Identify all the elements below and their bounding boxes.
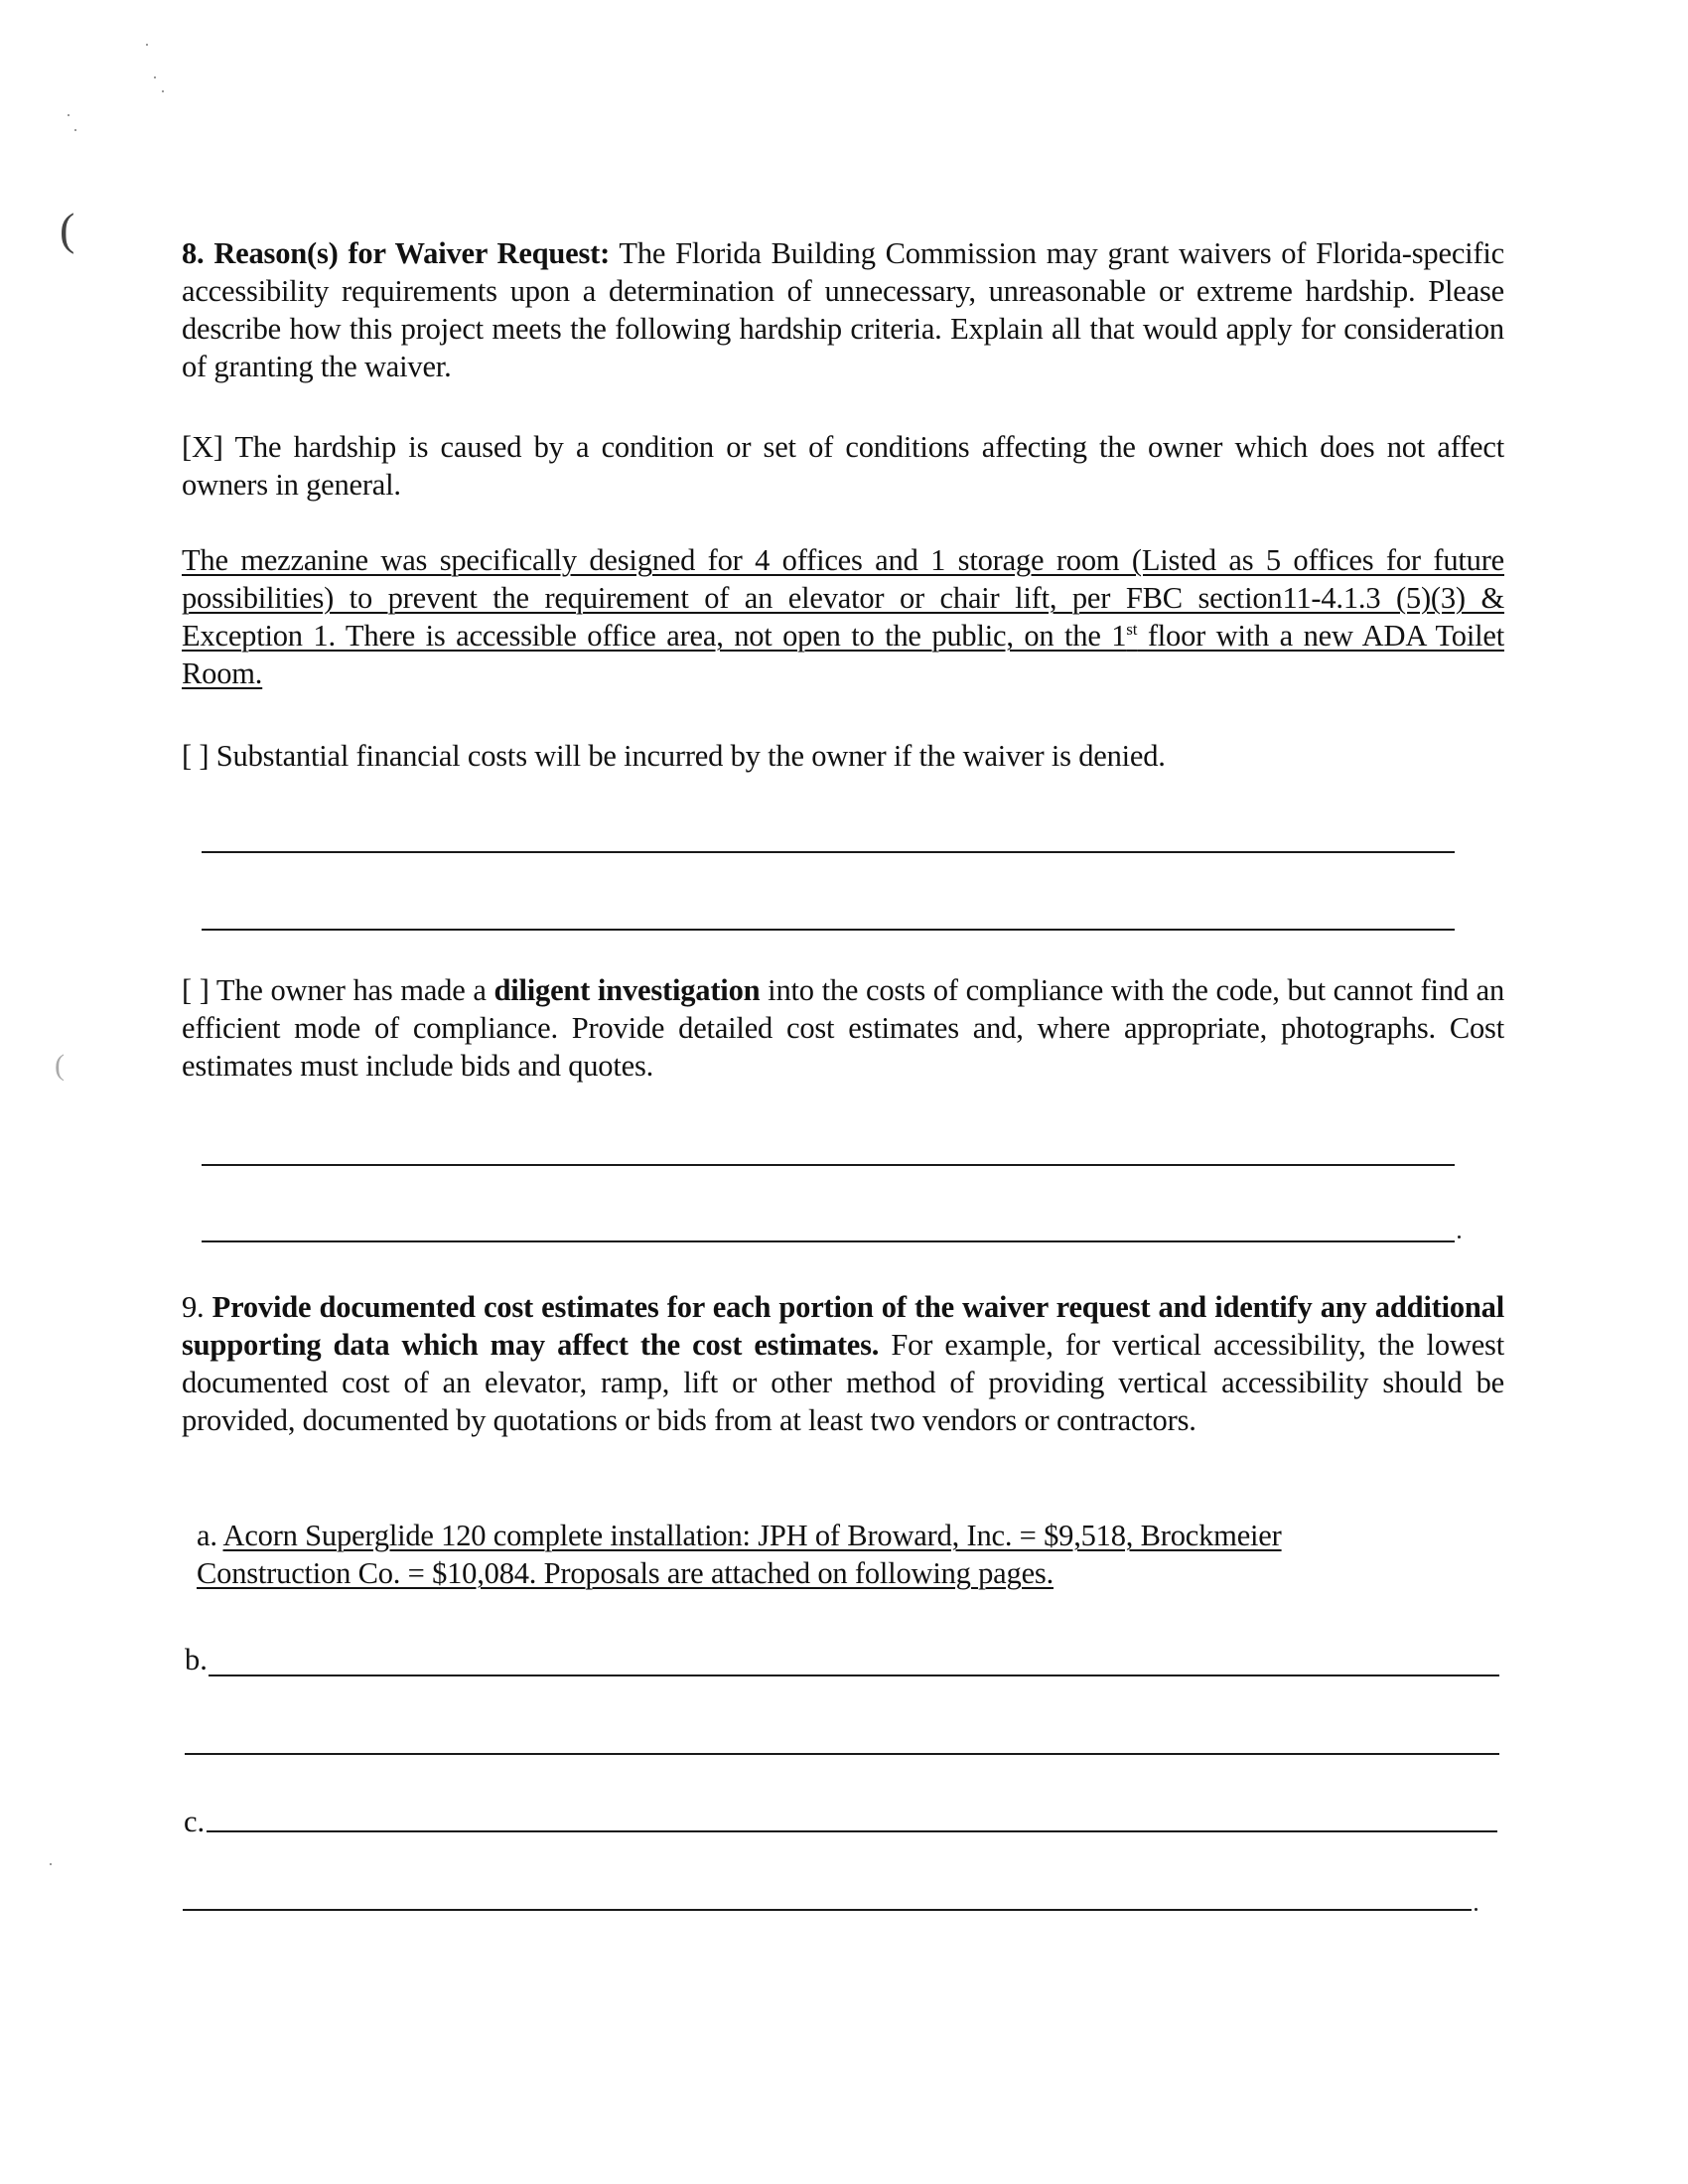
section-9-intro: 9. Provide documented cost estimates for… xyxy=(182,1288,1504,1439)
cost-item-b-label: b. xyxy=(185,1641,208,1678)
section-8-heading: Reason(s) for Waiver Request: xyxy=(213,236,610,270)
criterion-2-answer-line-2[interactable] xyxy=(202,929,1455,931)
criterion-owner-condition: [X] The hardship is caused by a conditio… xyxy=(182,428,1504,504)
cost-item-a: a. Acorn Superglide 120 complete install… xyxy=(197,1517,1428,1592)
section-8-intro: 8. Reason(s) for Waiver Request: The Flo… xyxy=(182,234,1504,385)
criterion-3-answer-line-2[interactable] xyxy=(202,1240,1455,1242)
criterion-diligent-investigation: [ ] The owner has made a diligent invest… xyxy=(182,971,1504,1085)
scan-speck xyxy=(146,44,148,46)
criterion-1-checkbox[interactable]: [X] xyxy=(182,430,223,464)
criterion-3-checkbox[interactable]: [ ] xyxy=(182,973,210,1007)
line-end-dot xyxy=(1475,1908,1477,1911)
criterion-2-checkbox[interactable]: [ ] xyxy=(182,739,209,773)
scan-speck xyxy=(74,129,76,131)
line-end-dot xyxy=(1458,1236,1461,1238)
cost-item-b-line-1[interactable] xyxy=(209,1674,1499,1676)
criterion-3-answer-line-1[interactable] xyxy=(202,1164,1455,1166)
criterion-1-response[interactable]: The mezzanine was specifically designed … xyxy=(182,541,1504,692)
scan-speck xyxy=(68,114,70,116)
cost-item-c-line-1[interactable] xyxy=(207,1830,1497,1832)
criterion-3-text-bold: diligent investigation xyxy=(493,973,760,1007)
document-page: ( ( 8. Reason(s) for Waiver Request: The… xyxy=(0,0,1688,2184)
criterion-3-text-start: The owner has made a xyxy=(216,973,487,1007)
section-8-number: 8. xyxy=(182,236,204,270)
scan-speck xyxy=(154,76,156,78)
cost-item-b-line-2[interactable] xyxy=(185,1753,1499,1755)
scan-speck xyxy=(162,90,164,92)
criterion-2-answer-line-1[interactable] xyxy=(202,851,1455,853)
criterion-financial-costs: [ ] Substantial financial costs will be … xyxy=(182,737,1504,775)
criterion-1-text: The hardship is caused by a condition or… xyxy=(182,430,1504,502)
criterion-2-text: Substantial financial costs will be incu… xyxy=(216,739,1166,773)
ordinal-suffix: st xyxy=(1126,620,1137,639)
scan-speck xyxy=(50,1863,52,1865)
cost-item-c-line-2[interactable] xyxy=(183,1909,1472,1911)
margin-paren-mark: ( xyxy=(55,1043,65,1089)
cost-item-a-label: a. xyxy=(197,1519,217,1552)
cost-item-a-value[interactable]: Acorn Superglide 120 complete installati… xyxy=(197,1519,1282,1590)
margin-paren-mark: ( xyxy=(60,207,74,252)
section-9-number: 9. xyxy=(182,1290,204,1324)
cost-item-c-label: c. xyxy=(184,1803,205,1840)
